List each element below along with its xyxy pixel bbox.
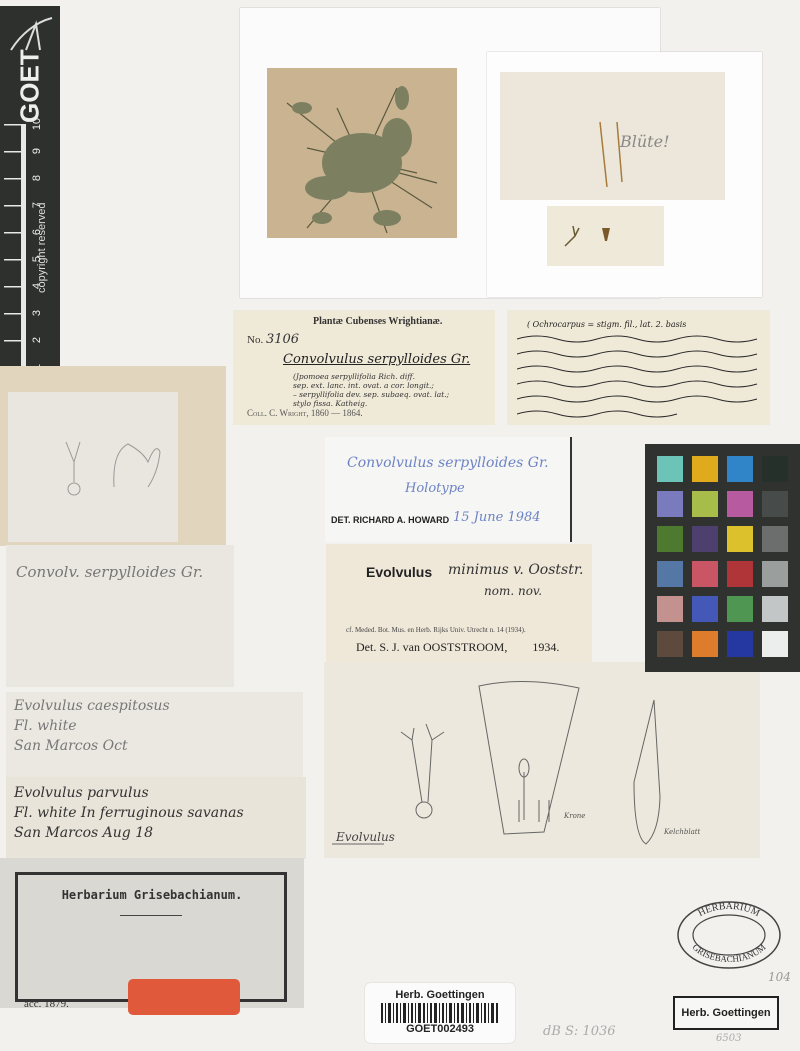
ruler-scale-bars — [4, 124, 26, 404]
color-swatch — [692, 596, 718, 622]
stamp-bottom: GRISEBACHIANUM — [690, 942, 767, 964]
color-swatch — [692, 456, 718, 482]
wright-collection-label: Plantæ Cubenses Wrightianæ. No. 3106 Con… — [233, 310, 495, 425]
ruler-tick: 10 — [31, 117, 43, 131]
handwritten-text: San Marcos Aug 18 — [14, 823, 298, 843]
oval-stamp-icon: HERBARIUM GRISEBACHIANUM — [676, 900, 782, 970]
literature-reference: cf. Meded. Bot. Mus. en Herb. Rijks Univ… — [346, 626, 526, 634]
analytical-sketch-card: Evolvulus Krone Kelchblatt — [324, 662, 760, 858]
color-swatch — [727, 596, 753, 622]
accession-number: acc. 1879. — [24, 998, 69, 1010]
det-date: 15 June 1984 — [453, 510, 541, 525]
nomenclatural-status: nom. nov. — [484, 584, 542, 598]
color-swatch — [762, 631, 788, 657]
barcode-icon — [381, 1003, 499, 1023]
det-year: 1934. — [532, 640, 559, 654]
label-header: Plantæ Cubenses Wrightianæ. — [313, 316, 442, 327]
taxon-name: Convolvulus serpylloides Gr. — [283, 352, 470, 367]
description-notes-label: ( Ochrocarpus = stigm. fil., lat. 2. bas… — [507, 310, 770, 425]
ruler-tick: 2 — [31, 333, 43, 347]
color-calibration-chart — [645, 444, 800, 672]
ruler-tick: 4 — [31, 279, 43, 293]
red-patch — [128, 979, 240, 1015]
handwritten-text: San Marcos Oct — [14, 736, 295, 756]
grisebach-herbarium-label: Herbarium Grisebachianum. acc. 1879. — [0, 858, 304, 1008]
handwritten-text: Fl. white In ferruginous savanas — [14, 803, 298, 823]
handwritten-text: Fl. white — [14, 716, 295, 736]
color-swatch — [692, 561, 718, 587]
color-swatch — [762, 596, 788, 622]
svg-text:GRISEBACHIANUM: GRISEBACHIANUM — [690, 942, 767, 964]
description-line: (Jpomoea serpyllifolia Rich. diff. — [293, 372, 449, 381]
handwriting-scribble-icon — [517, 334, 762, 419]
corolla-label: Krone — [564, 812, 585, 820]
sheet-number: 6503 — [716, 1033, 741, 1044]
ruler-tick: 8 — [31, 171, 43, 185]
herbarium-stamp: HERBARIUM GRISEBACHIANUM — [676, 900, 782, 970]
description-line: – serpyllifolia dev. sep. subaeq. ovat. … — [293, 390, 449, 399]
sketch-title: Evolvulus — [336, 830, 395, 844]
ruler-brand: GOET — [0, 56, 60, 116]
paperclip-icon — [595, 117, 625, 192]
barcode-label[interactable]: Herb. Goettingen GOET002493 — [365, 983, 515, 1043]
description-line: stylo fissa. Katheig. — [293, 399, 449, 408]
type-status: Holotype — [405, 481, 465, 496]
label-title: Herbarium Grisebachianum. — [0, 888, 304, 902]
ruler-tick: 5 — [31, 252, 43, 266]
stamp-number: 104 — [768, 970, 791, 984]
herbarium-sheet: { "ruler": { "brand": "GOET", "copyright… — [0, 0, 800, 1051]
flower-fragment-icon — [547, 206, 664, 266]
color-swatch — [727, 561, 753, 587]
sepal-label: Kelchblatt — [664, 828, 700, 836]
color-swatch — [657, 526, 683, 552]
color-swatch — [657, 631, 683, 657]
database-annotation: dB S: 1036 — [543, 1024, 616, 1039]
color-swatch — [762, 456, 788, 482]
pencil-sketch-icon — [8, 392, 178, 542]
description-line: sep. ext. lanc. int. ovat. a cor. longit… — [293, 381, 449, 390]
pencil-sketch-card — [8, 392, 178, 542]
goet-logo-icon — [6, 14, 56, 54]
det-genus: Evolvulus — [366, 564, 432, 580]
ruler-tick: 9 — [31, 144, 43, 158]
handwritten-label: Convolv. serpylloides Gr. — [6, 545, 234, 687]
det-prefix: DET. RICHARD A. HOWARD — [331, 515, 449, 525]
color-swatch — [657, 596, 683, 622]
color-swatch — [692, 491, 718, 517]
pressed-plant-specimen — [267, 68, 457, 238]
color-swatch — [727, 456, 753, 482]
color-swatch — [692, 526, 718, 552]
ornament-divider — [120, 915, 182, 916]
ruler-tick: 3 — [31, 306, 43, 320]
notes-line: ( Ochrocarpus = stigm. fil., lat. 2. bas… — [527, 320, 686, 329]
handwritten-text: Evolvulus caespitosus — [14, 696, 295, 716]
det-epithet: minimus v. Ooststr. — [448, 562, 583, 578]
det-taxon: Convolvulus serpylloides Gr. — [347, 455, 549, 471]
barcode-number: GOET002493 — [365, 1023, 515, 1035]
color-swatch — [762, 561, 788, 587]
scale-ruler: GOET copyright reserved 0 1 2 3 4 5 6 7 … — [0, 6, 60, 406]
color-swatch — [657, 491, 683, 517]
handwritten-text: Convolv. serpylloides Gr. — [16, 563, 203, 581]
color-swatch — [657, 561, 683, 587]
number-prefix: No. — [247, 334, 263, 346]
det-name: Det. S. J. van OOSTSTROOM, — [356, 640, 507, 654]
fragment-card — [547, 206, 664, 266]
herb-goettingen-box: Herb. Goettingen — [673, 996, 779, 1030]
color-swatch — [727, 491, 753, 517]
collection-number: 3106 — [266, 332, 299, 347]
barcode-institution: Herb. Goettingen — [365, 989, 515, 1001]
plant-specimen-icon — [267, 68, 457, 238]
ruler-tick: 7 — [31, 198, 43, 212]
ooststroom-determination-label: Evolvulus minimus v. Ooststr. nom. nov. … — [326, 544, 592, 662]
color-swatch — [727, 526, 753, 552]
handwritten-label: Evolvulus parvulus Fl. white In ferrugin… — [6, 777, 306, 859]
ruler-tick: 6 — [31, 225, 43, 239]
color-swatch — [762, 491, 788, 517]
collector-footer: Coll. C. Wright, 1860 — 1864. — [247, 408, 363, 418]
fragment-envelope[interactable]: Blüte! — [500, 72, 725, 200]
color-swatch — [762, 526, 788, 552]
handwritten-label: Evolvulus caespitosus Fl. white San Marc… — [6, 692, 303, 777]
handwritten-text: Evolvulus parvulus — [14, 783, 298, 803]
envelope-note: Blüte! — [620, 132, 670, 151]
color-swatch — [727, 631, 753, 657]
svg-text:HERBARIUM: HERBARIUM — [696, 901, 761, 919]
stamp-top: HERBARIUM — [696, 901, 761, 919]
color-swatch — [692, 631, 718, 657]
howard-determination-label: Convolvulus serpylloides Gr. Holotype DE… — [325, 437, 572, 542]
color-swatch — [657, 456, 683, 482]
